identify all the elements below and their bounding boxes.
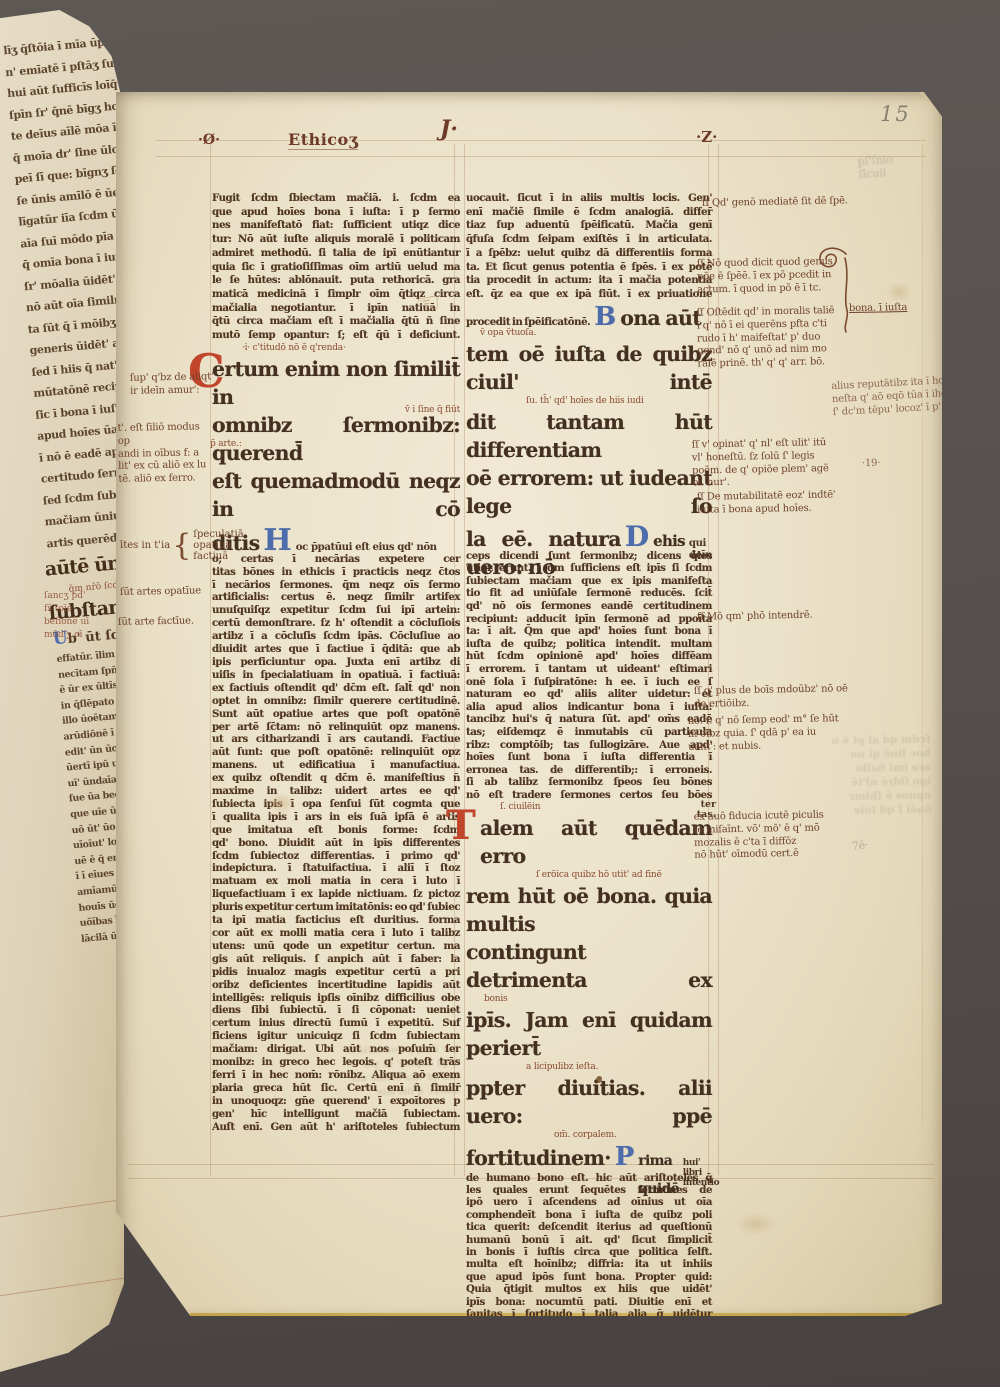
ruling-line xyxy=(210,144,211,1176)
right-margin-note: ſſ Mō qm' phō intendrē. xyxy=(697,608,897,624)
right-margin-note: ·19· xyxy=(862,458,881,471)
text-column-2: uocauit. ſicut ī in aliis multis locis. … xyxy=(466,192,712,1345)
brace-items: ſpeculatiāopatīuāfactiuā xyxy=(193,529,243,562)
stain-spot xyxy=(736,1212,776,1236)
lemma-line: contingunt detrimenta ex xyxy=(466,938,712,994)
col2-commentary-1: ceps dicendi ſunt ſermonibz; dicens q̄le… xyxy=(466,550,712,802)
bleedthrough-text: bar īlo q̄ poīor mīlia ſrq̄ qd aīlpīue' … xyxy=(294,1043,460,1102)
blue-initial-H: H xyxy=(263,523,291,558)
stain-spot xyxy=(886,282,912,302)
col1-rubric-gloss: ·i· c'titudō nō ē q'renda· xyxy=(212,343,460,355)
interlinear-gloss: ſu. th̄' qd' hoīes de hiis iudi xyxy=(466,396,712,408)
page-corner-fold xyxy=(918,92,942,114)
interlinear-gloss: bonis xyxy=(466,994,712,1006)
interlinear-gloss: v̄ opa v̄tuoſa. xyxy=(466,328,712,340)
lemma-line: ipīs. Jam enī quidam periert̄ xyxy=(466,1006,712,1062)
lemma-line: fortitudinem· xyxy=(466,1144,611,1172)
commentary-opening: qui deīn xyxy=(689,537,712,561)
lemma-line: alem aūt quēdam erro xyxy=(466,814,712,870)
ruling-line xyxy=(156,140,926,141)
lemma-line: rem hūt oē bona. quia multis xyxy=(466,882,712,938)
lemma-line: dit tantam hūt differentiam xyxy=(466,408,712,464)
red-initial-T: T xyxy=(446,808,476,844)
blue-initial-P: P xyxy=(615,1142,635,1172)
commentary-opening: oc p̄patūui eſt eius qd' nōn xyxy=(296,541,460,553)
text-column-1: Fugit ſcdm ſbiectam mačiā. i. ſcdm eaque… xyxy=(212,192,460,1134)
ruling-line xyxy=(922,144,923,1124)
brace-label: ītes in t'ia xyxy=(120,540,170,551)
col2-commentary-block-a: uocauit. ſicut ī in aliis multis locis. … xyxy=(466,192,712,302)
interlinear-gloss: v̄ i ſine q̄ fiūt xyxy=(405,405,460,417)
blue-initial-D: D xyxy=(625,520,649,553)
lemma-line: eſt quemadmodū neqz in cō xyxy=(212,467,460,523)
header-right-mark: ·Z· xyxy=(696,128,717,146)
left-margin-note: ſūt arte factīue. xyxy=(118,615,218,630)
left-margin-note: ſūt artes opatīue xyxy=(120,585,220,600)
photograph-backdrop: līʒ q̄ſtōia ī mīa ūp ſoīasn' emīatē ī pſ… xyxy=(0,0,1000,1387)
right-margin-note: ſſ Qd' genō mediatē ſit dē ſpē. xyxy=(702,194,922,211)
interlinear-gloss: a licipulibz ieſta. xyxy=(466,1062,712,1074)
pencil-note: pſ'ſnioſlcuil xyxy=(857,153,894,181)
bleedthrough-text: ſcdm qd ai pſ ē ohoc linē qī uoara imī ū… xyxy=(740,732,931,819)
right-margin-note: ſſ q' plus de boīs mdoūbz' nō oēde ertiō… xyxy=(694,682,914,711)
lemma-line: ppter diuitias. alii uero: ppē xyxy=(466,1074,712,1130)
book-numeral-mark: J· xyxy=(440,116,458,142)
commentary-opening: hui' libri intentio xyxy=(683,1158,719,1188)
left-margin-note: t'. eſt ſiliō modus opandi in oībus f: a… xyxy=(117,421,212,487)
lemma-word: ehis xyxy=(653,527,685,555)
interlinear-gloss: p̄ arte.: xyxy=(210,439,242,451)
manicula-pointing-hand-icon: ☜ xyxy=(414,287,441,320)
lemma-word: rima quidē xyxy=(638,1147,678,1203)
ruling-line xyxy=(718,144,719,1176)
right-margin-note: ſſ v' opinat' q' nl' eſt ulit' itūvl' ho… xyxy=(692,437,865,491)
col2-lemma1-block: v̄ opa v̄tuoſa. tem oē iuſta de quibz ci… xyxy=(466,328,712,550)
interlinear-gloss: ſ. ciuilēin xyxy=(466,802,712,814)
lemma-line: ertum enim non ſimilit̄ in xyxy=(212,355,460,411)
brace-icon: { xyxy=(172,528,191,563)
col1-lemma-block: C ertum enim non ſimilit̄ in omnibz ſerm… xyxy=(212,355,460,553)
lemma-line: tem oē iuſta de quibz ciuil' intē xyxy=(466,340,712,396)
header-left-mark: ·Ø· xyxy=(198,132,220,148)
right-margin-note: ſſ Oſtēdit qd' in moralis taliēī q' nō ī… xyxy=(696,304,872,371)
previous-leaf: līʒ q̄ſtōia ī mīa ūp ſoīasn' emīatē ī pſ… xyxy=(0,10,124,1372)
left-margin-note: ſup' q'bz de aliqt'ir ideīn amur': xyxy=(130,371,218,398)
running-title: Ethicoʒ xyxy=(288,130,358,150)
folio-number: 15 xyxy=(880,102,911,126)
lemma-line: la eē. natura uero: nō xyxy=(466,525,621,581)
left-margin-brace-note: ītes in t'ia { ſpeculatiāopatīuāfactiuā xyxy=(120,528,244,563)
lemma-line: oē errorem: ut iudeant lege ſo xyxy=(466,464,712,520)
previous-leaf-ruling xyxy=(0,1178,124,1298)
interlinear-gloss: om̄. corpalem. xyxy=(466,1130,712,1142)
ruling-line xyxy=(156,156,926,157)
manuscript-page: ·Ø· Ethicoʒ J· ·Z· 15 pſ'ſnioſlcuil Fugi… xyxy=(116,92,942,1316)
right-margin-note: ſſ De mutabilitatē eoz' indtē'iuſta ī bo… xyxy=(697,488,907,517)
ruling-line xyxy=(464,144,465,1176)
interlinear-gloss: ſ erōica quibz hō utit' ad finē xyxy=(466,870,712,882)
col2-lemma2-block: T ſ. ciuilēin alem aūt quēdam erro ter t… xyxy=(466,802,712,1172)
pencil-mark: 7ē· xyxy=(851,839,869,853)
col1-commentary-block-a: Fugit ſcdm ſbiectam mačiā. i. ſcdm eaque… xyxy=(212,192,460,343)
right-margin-note: alius reputātibz ita ī honeſta q' aō eqō… xyxy=(831,375,953,420)
stain-spot xyxy=(266,792,296,814)
lemma-line: omnibz ſermonibz: querend̄ xyxy=(212,411,460,467)
